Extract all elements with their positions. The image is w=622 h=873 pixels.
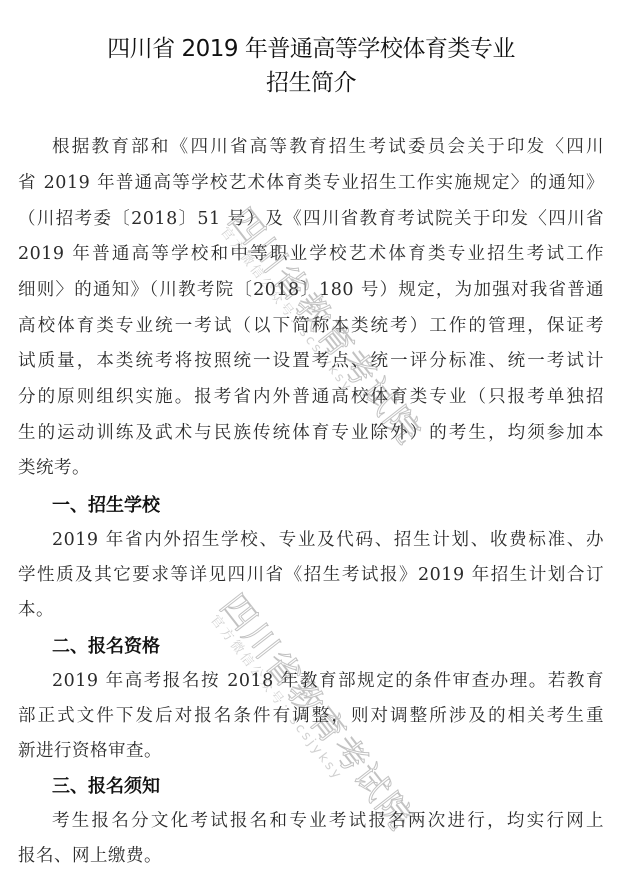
intro-line: （川招考委〔2018〕51 号）及《四川省教育考试院关于印发〈四川省 <box>18 205 604 230</box>
intro-line: 分的原则组织实施。报考省内外普通高校体育类专业（只报考单独招 <box>18 383 604 408</box>
document-page: 四川省 2019 年普通高等学校体育类专业 招生简介 根据教育部和《四川省高等教… <box>0 0 622 873</box>
section-heading-schools: 一、招生学校 <box>52 491 160 517</box>
intro-line: 类统考。 <box>18 454 604 479</box>
intro-line: 高校体育类专业统一考试（以下简称本类统考）工作的管理，保证考 <box>18 312 604 337</box>
intro-line: 细则〉的通知》（川教考院〔2018〕180 号）规定，为加强对我省普通 <box>18 276 604 301</box>
intro-line: 2019 年普通高等学校和中等职业学校艺术体育类专业招生考试工作 <box>18 240 604 265</box>
intro-line: 根据教育部和《四川省高等教育招生考试委员会关于印发〈四川 <box>52 133 604 158</box>
section-heading-registration-notes: 三、报名须知 <box>52 772 160 798</box>
document-subtitle: 招生简介 <box>0 64 622 97</box>
intro-line: 省 2019 年普通高等学校艺术体育类专业招生工作实施规定〉的通知》 <box>18 169 604 194</box>
section-line: 部正式文件下发后对报名条件有调整，则对调整所涉及的相关考生重 <box>18 702 604 727</box>
section-heading-eligibility: 二、报名资格 <box>52 632 160 658</box>
section-line: 本。 <box>18 596 604 621</box>
section-line: 新进行资格审查。 <box>18 737 604 762</box>
section-line: 考生报名分文化考试报名和专业考试报名两次进行，均实行网上 <box>52 807 604 832</box>
intro-line: 生的运动训练及武术与民族传统体育专业除外）的考生，均须参加本 <box>18 419 604 444</box>
section-line: 报名、网上缴费。 <box>18 842 604 867</box>
section-line: 2019 年高考报名按 2018 年教育部规定的条件审查办理。若教育 <box>52 667 604 692</box>
document-title: 四川省 2019 年普通高等学校体育类专业 <box>0 30 622 63</box>
section-line: 2019 年省内外招生学校、专业及代码、招生计划、收费标准、办 <box>52 526 604 551</box>
section-line: 学性质及其它要求等详见四川省《招生考试报》2019 年招生计划合订 <box>18 561 604 586</box>
intro-line: 试质量，本类统考将按照统一设置考点、统一评分标准、统一考试计 <box>18 347 604 372</box>
